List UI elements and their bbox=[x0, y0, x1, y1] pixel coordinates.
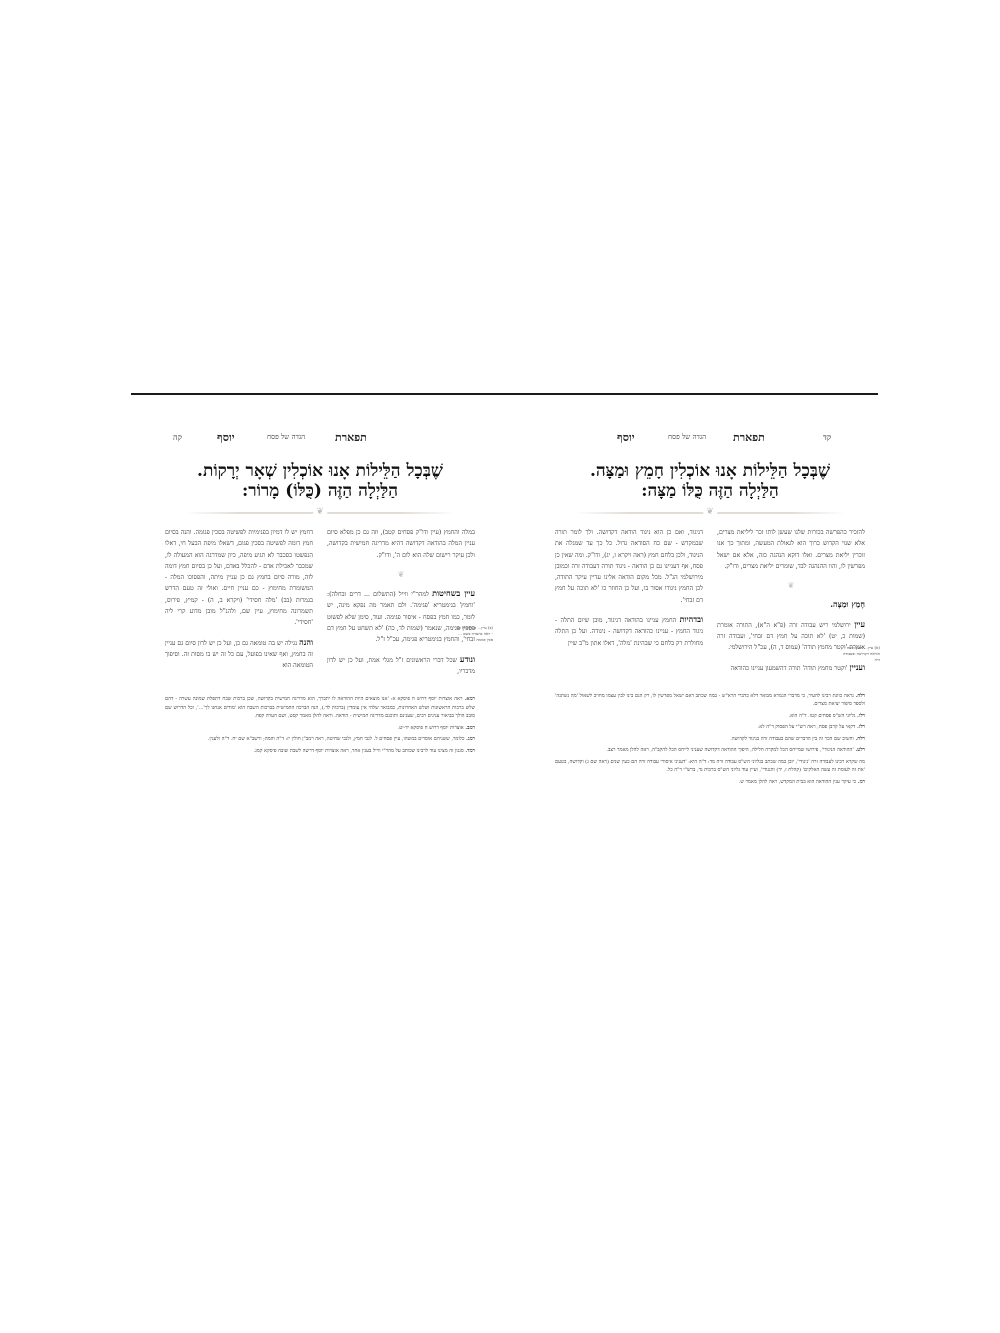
footnote-number: רלז. bbox=[855, 724, 865, 730]
section-heading: שֶׁבְּכָל הַלֵּילוֹת אָנוּ אוֹכְלִין חָמ… bbox=[555, 461, 865, 501]
footnote-text: וחשיב שם הכר זה בין הדברים שהם בעבודה זר… bbox=[730, 736, 854, 742]
footnote: רלו. גליוני הש"ס פסחים קטו. ד"ה הוא. bbox=[555, 712, 865, 721]
ornament-icon: ❦ bbox=[717, 580, 865, 591]
heading-line-1: שֶׁבְּכָל הַלֵּילוֹת אָנוּ אוֹכְלִין שְׁ… bbox=[165, 461, 475, 481]
footnote: רמא. ראה אוצרות יוסף דרוש ח פיסקא א: 'אנ… bbox=[165, 695, 475, 721]
footnotes: רלה. נראה כוונת רבינו להעיר, כי מדברי הג… bbox=[555, 692, 865, 787]
footnote-text: מה שקרא רבינו לעבודה זרה 'ניגודי', יובן … bbox=[555, 759, 865, 774]
footnote: רמג. כלומר, ששניהם אוסרים במשהו, עיין פס… bbox=[165, 735, 475, 744]
footnote-text: סגנון זה מצינו עוד לרבינו שכותב על מהר"י… bbox=[254, 748, 464, 754]
paragraph: והנה נגילה יש בה טומאה גם כן, ועל כן יש … bbox=[165, 637, 313, 672]
lead-word: ובדהיות bbox=[680, 614, 703, 624]
page-number: קד bbox=[823, 433, 831, 442]
footnote-text: נראה כוונת רבינו להעיר, כי מדברי הגמרא מ… bbox=[555, 693, 865, 708]
footnote: רמד. סגנון זה מצינו עוד לרבינו שכותב על … bbox=[165, 747, 475, 756]
footnote-number: רמא. bbox=[463, 696, 476, 702]
top-rule bbox=[131, 393, 878, 395]
ornament-icon: ❦ bbox=[313, 507, 327, 517]
footnote: רמב. אוצרות יוסף דרוש ח פיסקא יד-יט. bbox=[165, 724, 475, 733]
footnote-number: רלה. bbox=[854, 693, 865, 699]
footnote-text: אוצרות יוסף דרוש ח פיסקא יד-יט. bbox=[398, 725, 464, 731]
lead-word: ונודע bbox=[460, 654, 475, 664]
paragraph: ובדהיות החמץ עניינו בהודאה דניגוד, מובן … bbox=[555, 614, 703, 649]
footnotes: רמא. ראה אוצרות יוסף דרוש ח פיסקא א: 'אנ… bbox=[165, 695, 475, 755]
margin-note: (ב) עיין... בשחיטות וכו' - ראה בהערה בשם… bbox=[455, 625, 493, 643]
footnote-text: גליוני הש"ס פסחים קטו. ד"ה הוא. bbox=[789, 713, 856, 719]
lead-word: עיין bbox=[854, 619, 865, 629]
page-left: קה יוסף הגדה של פסח תפארת שֶׁבְּכָל הַלֵ… bbox=[165, 425, 475, 758]
footnote: רלה. נראה כוונת רבינו להעיר, כי מדברי הג… bbox=[555, 692, 865, 709]
paragraph: עיין בשחיטות למהר"י ווייל (התשלום ... דר… bbox=[327, 588, 475, 645]
running-name: יוסף bbox=[617, 431, 635, 444]
paragraph: להזכיר כהפרשה בכורות שלנו שעשן לותו זכר … bbox=[717, 527, 865, 572]
lead-word: והנה bbox=[299, 637, 313, 647]
running-title: תפארת bbox=[335, 431, 367, 444]
paragraph: דחמץ יש לו דמיון בפנימיות לפשיטה בסכין פ… bbox=[165, 527, 313, 629]
footnote: מה שקרא רבינו לעבודה זרה 'ניגודי', יובן … bbox=[555, 758, 865, 775]
page-right: יוסף הגדה של פסח תפארת קד שֶׁבְּכָל הַלֵ… bbox=[555, 425, 865, 789]
heading-line-2: הַלַּיְלָה הַזֶּה כֻּלּוֹ מַצָּה: bbox=[555, 481, 865, 501]
running-subtitle: הגדה של פסח bbox=[668, 433, 706, 441]
column-left: דניגוד, ואם כן הוא ניגוד הודאה דקדושה. ו… bbox=[555, 527, 703, 682]
running-header: קה יוסף הגדה של פסח תפארת bbox=[165, 425, 475, 447]
ornament-divider: ❦ bbox=[575, 507, 845, 519]
footnote-number: רלח. bbox=[854, 736, 865, 742]
footnote-number: רמ. bbox=[856, 779, 865, 785]
ornament-icon: ❦ bbox=[327, 569, 475, 580]
footnote: רלט. 'ההודאה הניגודי', פירושו שמייחס הכל… bbox=[555, 746, 865, 755]
footnote: רלח. וחשיב שם הכר זה בין הדברים שהם בעבו… bbox=[555, 735, 865, 744]
paragraph: דניגוד, ואם כן הוא ניגוד הודאה דקדושה. ו… bbox=[555, 527, 703, 606]
column-right: במלה והחמץ (עיין ודו"ק פסחים קטב), וזה ג… bbox=[327, 527, 475, 685]
footnote-text: דקאי על קרבן פסח, ראה רש"י על הפסוק ד"ה … bbox=[758, 724, 856, 730]
footnote-number: רלו. bbox=[855, 713, 865, 719]
page-number: קה bbox=[173, 433, 182, 442]
ornament-divider: ❦ bbox=[185, 507, 455, 519]
running-title: תפארת bbox=[733, 431, 765, 444]
footnote-text: 'ההודאה הניגודי', פירושו שמייחס הכל למקר… bbox=[606, 747, 853, 753]
section-title: חָמֵץ וּמַצָּה. bbox=[717, 599, 865, 610]
column-left: דחמץ יש לו דמיון בפנימיות לפשיטה בסכין פ… bbox=[165, 527, 313, 685]
footnote-number: רמג. bbox=[464, 736, 475, 742]
footnote-text: ראה אוצרות יוסף דרוש ח פיסקא א: 'אנו מוצ… bbox=[165, 696, 475, 719]
heading-line-1: שֶׁבְּכָל הַלֵּילוֹת אָנוּ אוֹכְלִין חָמ… bbox=[555, 461, 865, 481]
footnote-number: רלט. bbox=[854, 747, 865, 753]
paragraph: במלה והחמץ (עיין ודו"ק פסחים קטב), וזה ג… bbox=[327, 527, 475, 561]
paragraph: ונודע שכל דברי הראשונים ז"ל מגלי אמת, וע… bbox=[327, 654, 475, 678]
footnote: רלז. דקאי על קרבן פסח, ראה רש"י על הפסוק… bbox=[555, 723, 865, 732]
footnote-number: רמד. bbox=[464, 748, 475, 754]
ornament-icon: ❦ bbox=[703, 507, 717, 517]
footnote-number: רמב. bbox=[464, 725, 475, 731]
section-heading: שֶׁבְּכָל הַלֵּילוֹת אָנוּ אוֹכְלִין שְׁ… bbox=[165, 461, 475, 501]
heading-line-2: הַלַּיְלָה הַזֶּה (כֻּלּוֹ) מָרוֹר: bbox=[165, 481, 475, 501]
running-header: יוסף הגדה של פסח תפארת קד bbox=[555, 425, 865, 447]
running-name: יוסף bbox=[217, 431, 235, 444]
body-columns: להזכיר כהפרשה בכורות שלנו שעשן לותו זכר … bbox=[555, 527, 865, 682]
body-columns: במלה והחמץ (עיין ודו"ק פסחים קטב), וזה ג… bbox=[165, 527, 475, 685]
paragraph: ועניין 'וקטר מחמץ תודה' תורה דהשמעון עני… bbox=[717, 662, 865, 674]
running-subtitle: הגדה של פסח bbox=[267, 433, 305, 441]
footnote-text: כלומר, ששניהם אוסרים במשהו, עיין פסחים ל… bbox=[208, 736, 465, 742]
margin-note: (א) עיין... חמץ ומצה - הודאה דקדושה ובעב… bbox=[842, 645, 880, 663]
lead-word: ועניין bbox=[850, 662, 865, 672]
footnote: רמ. כי עיקר ענין ההודאה הוא בבית המקדש, … bbox=[555, 778, 865, 787]
lead-word: עיין בשחיטות bbox=[432, 588, 475, 598]
footnote-text: כי עיקר ענין ההודאה הוא בבית המקדש, ראה … bbox=[739, 779, 856, 785]
